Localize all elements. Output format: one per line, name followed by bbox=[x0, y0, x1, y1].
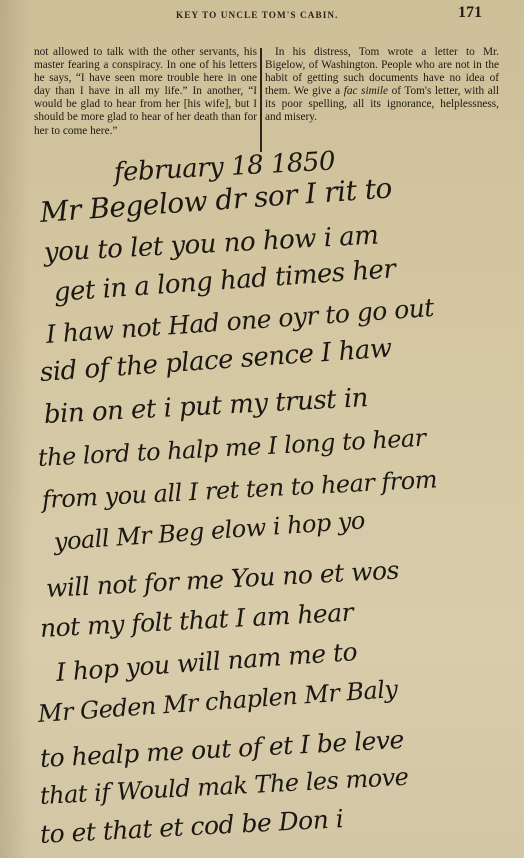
letter-line: not my folt that I am hear bbox=[39, 598, 353, 643]
printed-text-columns: not allowed to talk with the other serva… bbox=[34, 46, 499, 150]
running-head: KEY TO UNCLE TOM'S CABIN. 171 bbox=[0, 0, 524, 26]
letter-line: will not for me You no et wos bbox=[45, 556, 399, 603]
left-column-paragraph: not allowed to talk with the other serva… bbox=[34, 46, 257, 138]
page-number: 171 bbox=[458, 4, 482, 22]
letter-line: the lord to halp me I long to hear bbox=[37, 424, 426, 472]
letter-line: bin on et i put my trust in bbox=[43, 383, 368, 430]
letter-line: from you all I ret ten to hear from bbox=[41, 465, 437, 514]
right-column-paragraph: In his distress, Tom wrote a letter to M… bbox=[265, 46, 499, 125]
right-column: In his distress, Tom wrote a letter to M… bbox=[265, 46, 499, 125]
letter-line: to et that et cod be Don i bbox=[39, 804, 344, 849]
column-divider bbox=[260, 48, 262, 152]
letter-line: yoall Mr Beg elow i hop yo bbox=[53, 506, 366, 556]
left-column: not allowed to talk with the other serva… bbox=[34, 46, 257, 138]
running-title: KEY TO UNCLE TOM'S CABIN. bbox=[176, 10, 339, 20]
page-edge-shadow bbox=[0, 0, 30, 858]
paragraph-italic-fac-simile: fac simile bbox=[344, 85, 388, 97]
letter-line: I hop you will nam me to bbox=[55, 637, 358, 687]
